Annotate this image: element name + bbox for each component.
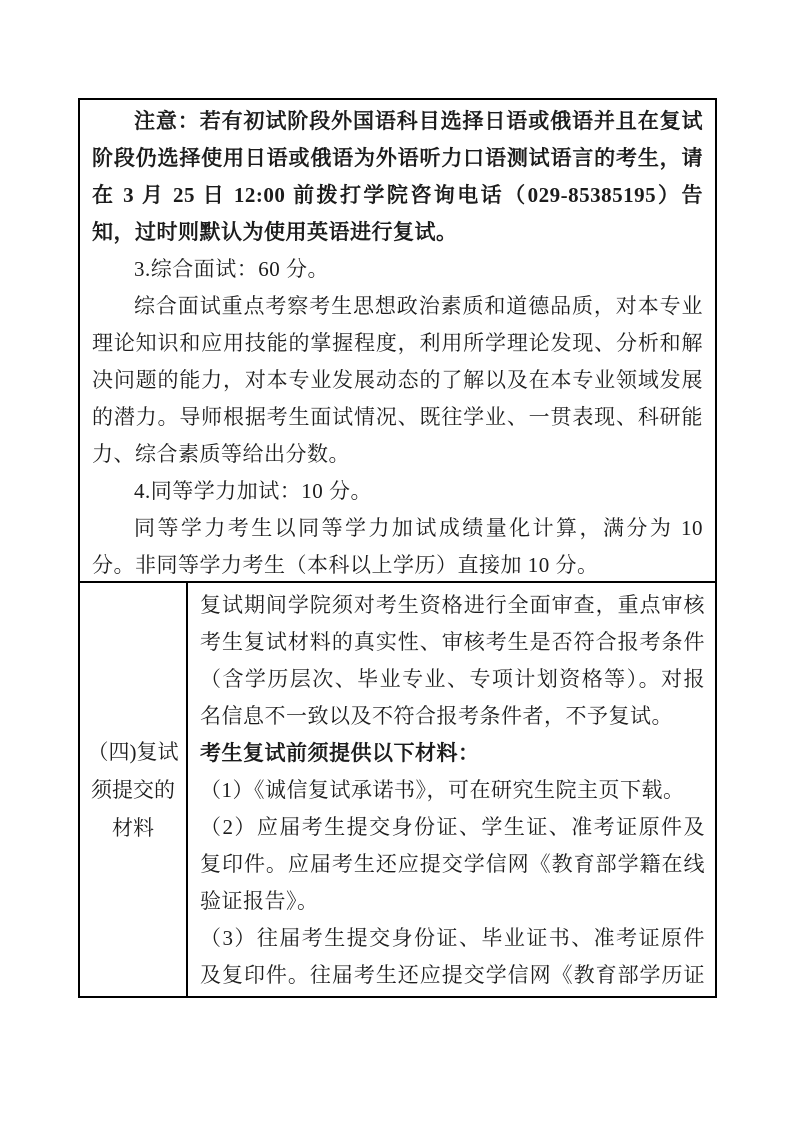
materials-label-line: 材料: [112, 809, 154, 847]
paragraph-materials-heading: 考生复试前须提供以下材料：: [200, 735, 705, 772]
paragraph-qualification-review: 复试期间学院须对考生资格进行全面审查，重点审核考生复试材料的真实性、审核考生是否…: [200, 587, 705, 735]
document-page: 注意：若有初试阶段外国语科目选择日语或俄语并且在复试阶段仍选择使用日语或俄语为外…: [0, 0, 793, 1122]
cell-materials-content: 复试期间学院须对考生资格进行全面审查，重点审核考生复试材料的真实性、审核考生是否…: [188, 583, 715, 996]
materials-label-line: 须提交的: [91, 771, 175, 809]
paragraph-interview-score: 3.综合面试：60 分。: [92, 251, 703, 288]
cell-scoring-content: 注意：若有初试阶段外国语科目选择日语或俄语并且在复试阶段仍选择使用日语或俄语为外…: [80, 100, 715, 581]
paragraph-material-item-2: （2）应届考生提交身份证、学生证、准考证原件及复印件。应届考生还应提交学信网《教…: [200, 809, 705, 920]
cell-materials-label: （四)复试 须提交的 材料: [80, 583, 188, 996]
table-row-materials: （四)复试 须提交的 材料 复试期间学院须对考生资格进行全面审查，重点审核考生复…: [80, 583, 715, 996]
paragraph-language-notice: 注意：若有初试阶段外国语科目选择日语或俄语并且在复试阶段仍选择使用日语或俄语为外…: [92, 103, 703, 251]
paragraph-interview-detail: 综合面试重点考察考生思想政治素质和道德品质，对本专业理论知识和应用技能的掌握程度…: [92, 288, 703, 473]
paragraph-material-item-1: （1）《诚信复试承诺书》，可在研究生院主页下载。: [200, 772, 705, 809]
paragraph-equivalent-detail: 同等学力考生以同等学力加试成绩量化计算，满分为 10 分。非同等学力考生（本科以…: [92, 510, 703, 581]
materials-label-line: （四)复试: [88, 733, 179, 771]
document-table: 注意：若有初试阶段外国语科目选择日语或俄语并且在复试阶段仍选择使用日语或俄语为外…: [78, 98, 717, 998]
paragraph-material-item-3: （3）往届考生提交身份证、毕业证书、准考证原件及复印件。往届考生还应提交学信网《…: [200, 920, 705, 996]
table-row-scoring: 注意：若有初试阶段外国语科目选择日语或俄语并且在复试阶段仍选择使用日语或俄语为外…: [80, 100, 715, 583]
paragraph-equivalent-score: 4.同等学力加试：10 分。: [92, 473, 703, 510]
